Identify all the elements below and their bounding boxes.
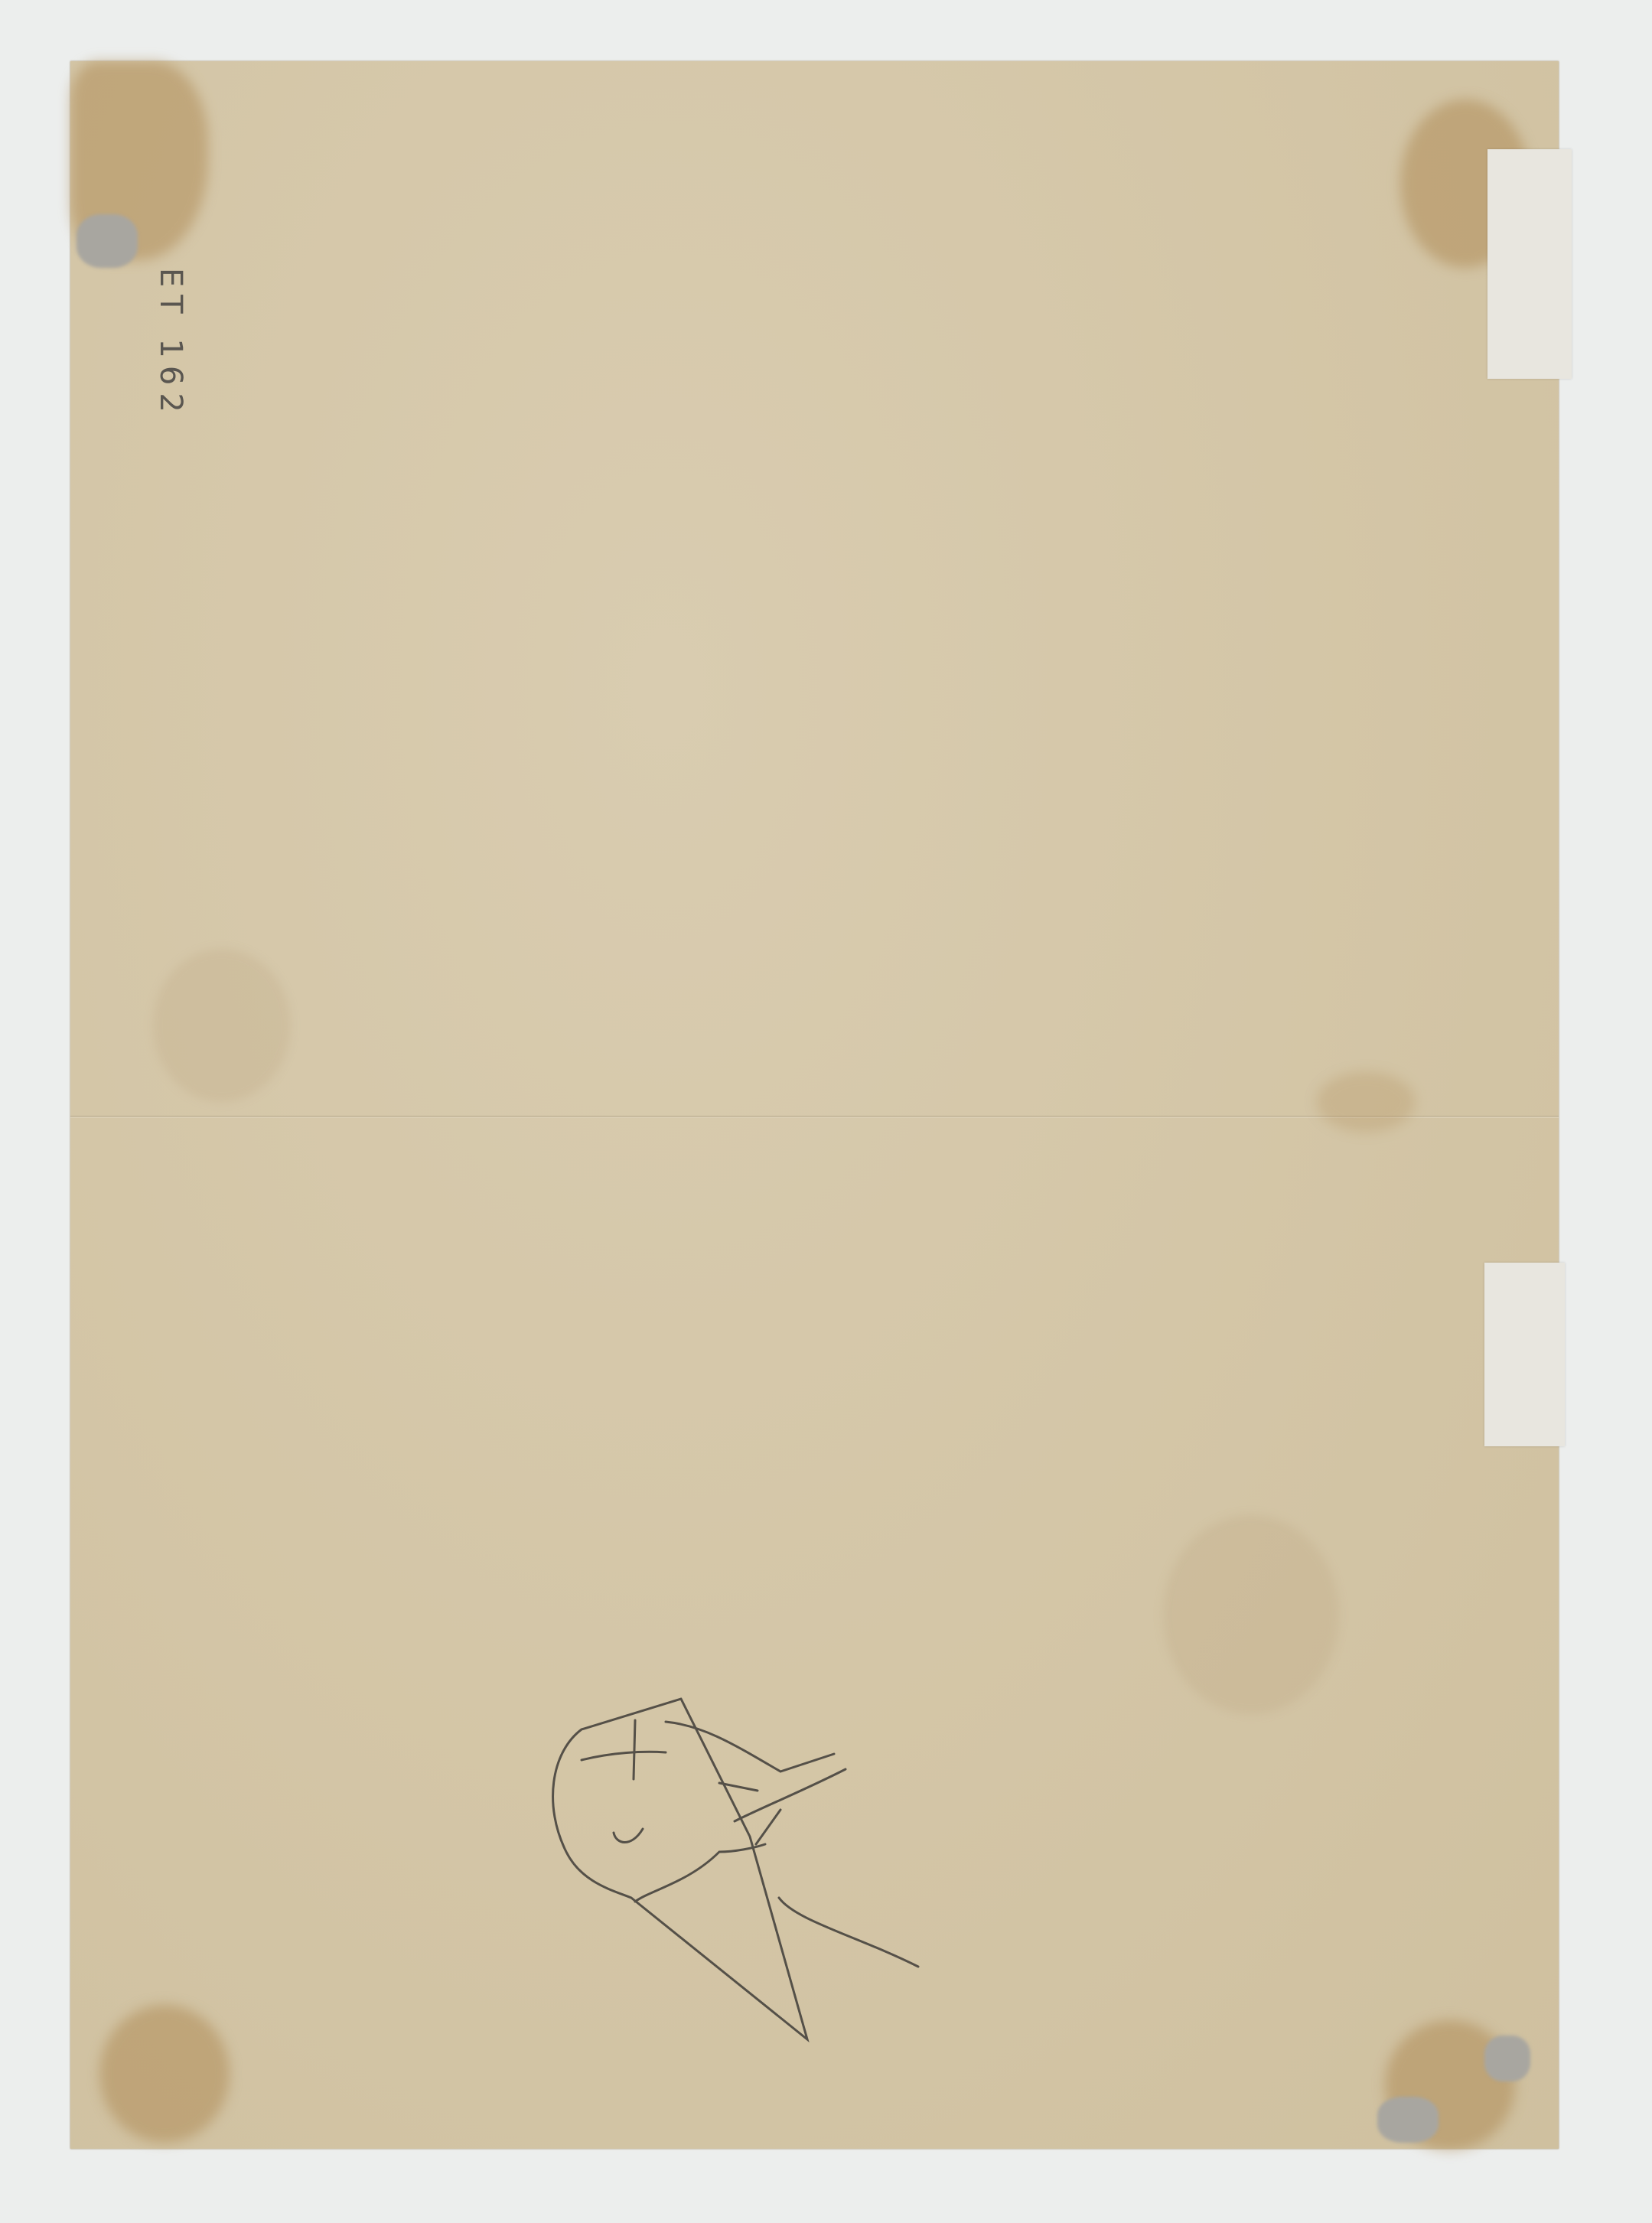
hinge-tape-top xyxy=(1487,149,1572,379)
smudge-left xyxy=(153,949,291,1102)
pencil-sketch xyxy=(536,1684,949,2066)
silver-spot-bottom-right xyxy=(1377,2097,1439,2143)
stain-mid-right xyxy=(1316,1071,1416,1133)
silver-spot-top-left xyxy=(77,214,138,268)
silver-spot-bottom-right-2 xyxy=(1484,2036,1530,2081)
stain-bottom-left xyxy=(99,2005,230,2143)
hinge-tape-bottom xyxy=(1484,1263,1565,1446)
water-mark-oval xyxy=(1163,1515,1339,1714)
inventory-inscription: ET 162 xyxy=(153,268,188,420)
